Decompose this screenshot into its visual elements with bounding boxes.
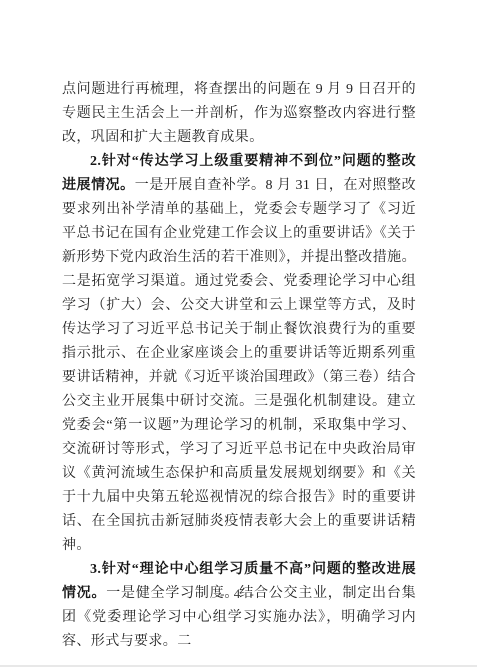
paragraph-item-3: 3.针对“理论中心组学习质量不高”问题的整改进展情况。一是健全学习制度。结合公交…: [62, 558, 416, 654]
page-number: - 4 -: [0, 586, 477, 602]
paragraph-body-text: 一是开展自查补学。8 月 31 日，在对照整改要求列出补学清单的基础上，党委会专…: [62, 178, 416, 553]
paragraph-continuation: 点问题进行再梳理，将查摆出的问题在 9 月 9 日召开的专题民主生活会上一并剖析…: [62, 78, 416, 150]
paragraph-body-text: 点问题进行再梳理，将查摆出的问题在 9 月 9 日召开的专题民主生活会上一并剖析…: [62, 82, 416, 145]
document-body: 点问题进行再梳理，将查摆出的问题在 9 月 9 日召开的专题民主生活会上一并剖析…: [62, 78, 416, 654]
document-page: 点问题进行再梳理，将查摆出的问题在 9 月 9 日召开的专题民主生活会上一并剖析…: [0, 0, 477, 667]
paragraph-item-2: 2.针对“传达学习上级重要精神不到位”问题的整改进展情况。一是开展自查补学。8 …: [62, 150, 416, 558]
